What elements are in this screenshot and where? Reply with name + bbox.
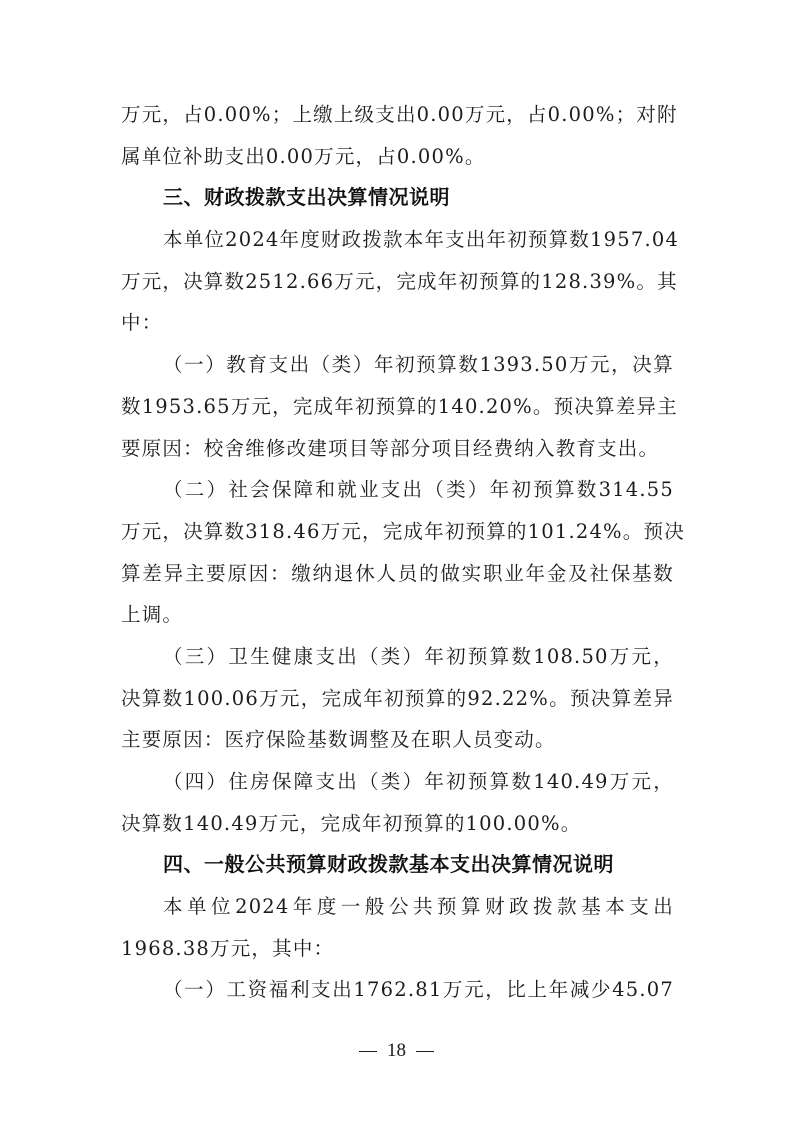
text-line: 万元，决算数318.46万元，完成年初预算的101.24%。预决 bbox=[121, 511, 674, 553]
section-heading: 四、一般公共预算财政拨款基本支出决算情况说明 bbox=[121, 844, 674, 886]
section-heading: 三、财政拨款支出决算情况说明 bbox=[121, 177, 674, 219]
text-line: 算差异主要原因：缴纳退休人员的做实职业年金及社保基数 bbox=[121, 553, 674, 595]
paragraph-first-line: （三）卫生健康支出（类）年初预算数108.50万元， bbox=[121, 636, 674, 678]
paragraph-first-line: 本单位2024年度财政拨款本年支出年初预算数1957.04 bbox=[121, 219, 674, 261]
text-line: 中： bbox=[121, 302, 674, 344]
em-dash-left bbox=[359, 1051, 377, 1052]
document-body: 万元，占0.00%；上缴上级支出0.00万元，占0.00%；对附 属单位补助支出… bbox=[121, 94, 674, 1011]
text-line: 1968.38万元，其中： bbox=[121, 928, 674, 970]
page-number: 18 bbox=[387, 1040, 406, 1061]
text-line: 数1953.65万元，完成年初预算的140.20%。预决算差异主 bbox=[121, 386, 674, 428]
text-line: 上调。 bbox=[121, 594, 674, 636]
page-footer: 18 bbox=[0, 1040, 793, 1062]
paragraph-first-line: （二）社会保障和就业支出（类）年初预算数314.55 bbox=[121, 469, 674, 511]
document-page: 万元，占0.00%；上缴上级支出0.00万元，占0.00%；对附 属单位补助支出… bbox=[0, 0, 793, 1122]
text-line: 主要原因：医疗保险基数调整及在职人员变动。 bbox=[121, 719, 674, 761]
paragraph-first-line: 本单位2024年度一般公共预算财政拨款基本支出 bbox=[121, 886, 674, 928]
paragraph-first-line: （一）工资福利支出1762.81万元，比上年减少45.07 bbox=[121, 969, 674, 1011]
paragraph-first-line: （一）教育支出（类）年初预算数1393.50万元，决算 bbox=[121, 344, 674, 386]
text-line: 决算数100.06万元，完成年初预算的92.22%。预决算差异 bbox=[121, 678, 674, 720]
text-line: 决算数140.49万元，完成年初预算的100.00%。 bbox=[121, 803, 674, 845]
text-line: 属单位补助支出0.00万元，占0.00%。 bbox=[121, 136, 674, 178]
text-line: 万元，决算数2512.66万元，完成年初预算的128.39%。其 bbox=[121, 261, 674, 303]
em-dash-right bbox=[416, 1051, 434, 1052]
paragraph-first-line: （四）住房保障支出（类）年初预算数140.49万元， bbox=[121, 761, 674, 803]
text-line: 要原因：校舍维修改建项目等部分项目经费纳入教育支出。 bbox=[121, 428, 674, 470]
text-line: 万元，占0.00%；上缴上级支出0.00万元，占0.00%；对附 bbox=[121, 94, 674, 136]
